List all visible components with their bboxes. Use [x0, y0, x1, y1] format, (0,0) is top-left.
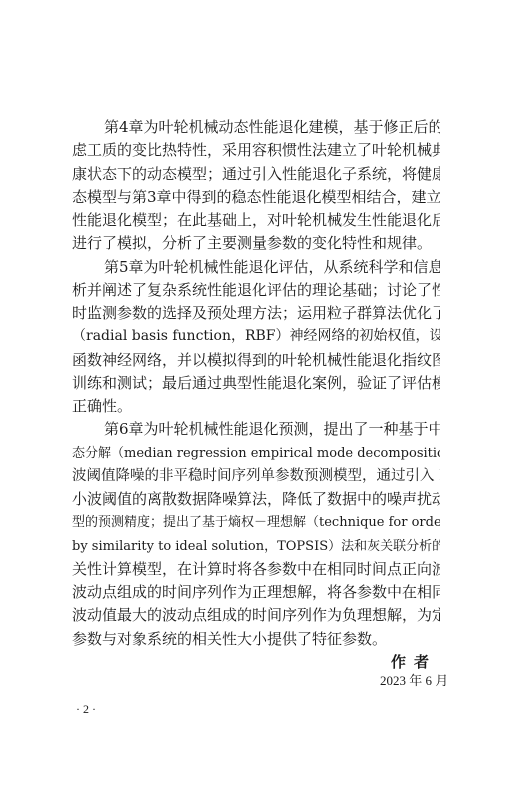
- text-line: 关性计算模型，在计算时将各参数中在相同时间点正向波动值最大的: [72, 558, 440, 581]
- text-line: 训练和测试；最后通过典型性能退化案例，验证了评估模型和方法的: [72, 372, 440, 395]
- document-page: 第4章为叶轮机械动态性能退化建模，基于修正后的部件特性，考 虑工质的变比热特性，…: [0, 0, 510, 800]
- text-line: 析并阐述了复杂系统性能退化评估的理论基础；讨论了性能退化评估: [72, 279, 440, 302]
- text-line: 性能退化模型；在此基础上，对叶轮机械发生性能退化后的动态过程: [72, 209, 440, 232]
- text-line: 态模型与第3章中得到的稳态性能退化模型相结合，建立叶轮机械动态: [72, 186, 440, 209]
- text-line: 虑工质的变比热特性，采用容积惯性法建立了叶轮机械典型部件在健: [72, 139, 440, 162]
- text-line: 小波阈值的离散数据降噪算法，降低了数据中的噪声扰动，提高了模: [72, 488, 440, 511]
- text-line: 参数与对象系统的相关性大小提供了特征参数。: [72, 628, 440, 651]
- text-line: 态分解（median regression empirical mode dec…: [72, 442, 440, 465]
- text-line: 型的预测精度；提出了基于熵权－理想解（technique for order p…: [72, 511, 440, 534]
- text-line: 第5章为叶轮机械性能退化评估，从系统科学和信息论两个角度分: [72, 256, 440, 279]
- page-number: · 2 ·: [76, 702, 96, 717]
- text-line: by similarity to ideal solution，TOPSIS）法…: [72, 535, 440, 558]
- text-line: 正确性。: [72, 395, 440, 418]
- signature-date: 2023 年 6 月: [380, 672, 440, 690]
- author-label: 作者: [380, 652, 440, 672]
- text-line: 第6章为叶轮机械性能退化预测，提出了一种基于中值回归经验模: [72, 418, 440, 441]
- text-line: 波阈值降噪的非平稳时间序列单参数预测模型，通过引入 MREMD 结合: [72, 465, 440, 488]
- text-line: 第4章为叶轮机械动态性能退化建模，基于修正后的部件特性，考: [72, 116, 440, 139]
- text-line: 进行了模拟，分析了主要测量参数的变化特性和规律。: [72, 232, 440, 255]
- text-line: 波动点组成的时间序列作为正理想解，将各参数中在相同时间点负向: [72, 581, 440, 604]
- text-line: 时监测参数的选择及预处理方法；运用粒子群算法优化了径向基函数: [72, 302, 440, 325]
- text-line: 康状态下的动态模型；通过引入性能退化子系统，将健康状态下的动: [72, 163, 440, 186]
- body-text: 第4章为叶轮机械动态性能退化建模，基于修正后的部件特性，考 虑工质的变比热特性，…: [72, 116, 440, 651]
- text-line: 函数神经网络，并以模拟得到的叶轮机械性能退化指纹图为样本进行: [72, 349, 440, 372]
- text-line: （radial basis function，RBF）神经网络的初始权值，设计了…: [72, 325, 440, 348]
- signature-block: 作者 2023 年 6 月: [380, 652, 440, 690]
- text-line: 波动值最大的波动点组成的时间序列作为负理想解，为定量计算指标: [72, 604, 440, 627]
